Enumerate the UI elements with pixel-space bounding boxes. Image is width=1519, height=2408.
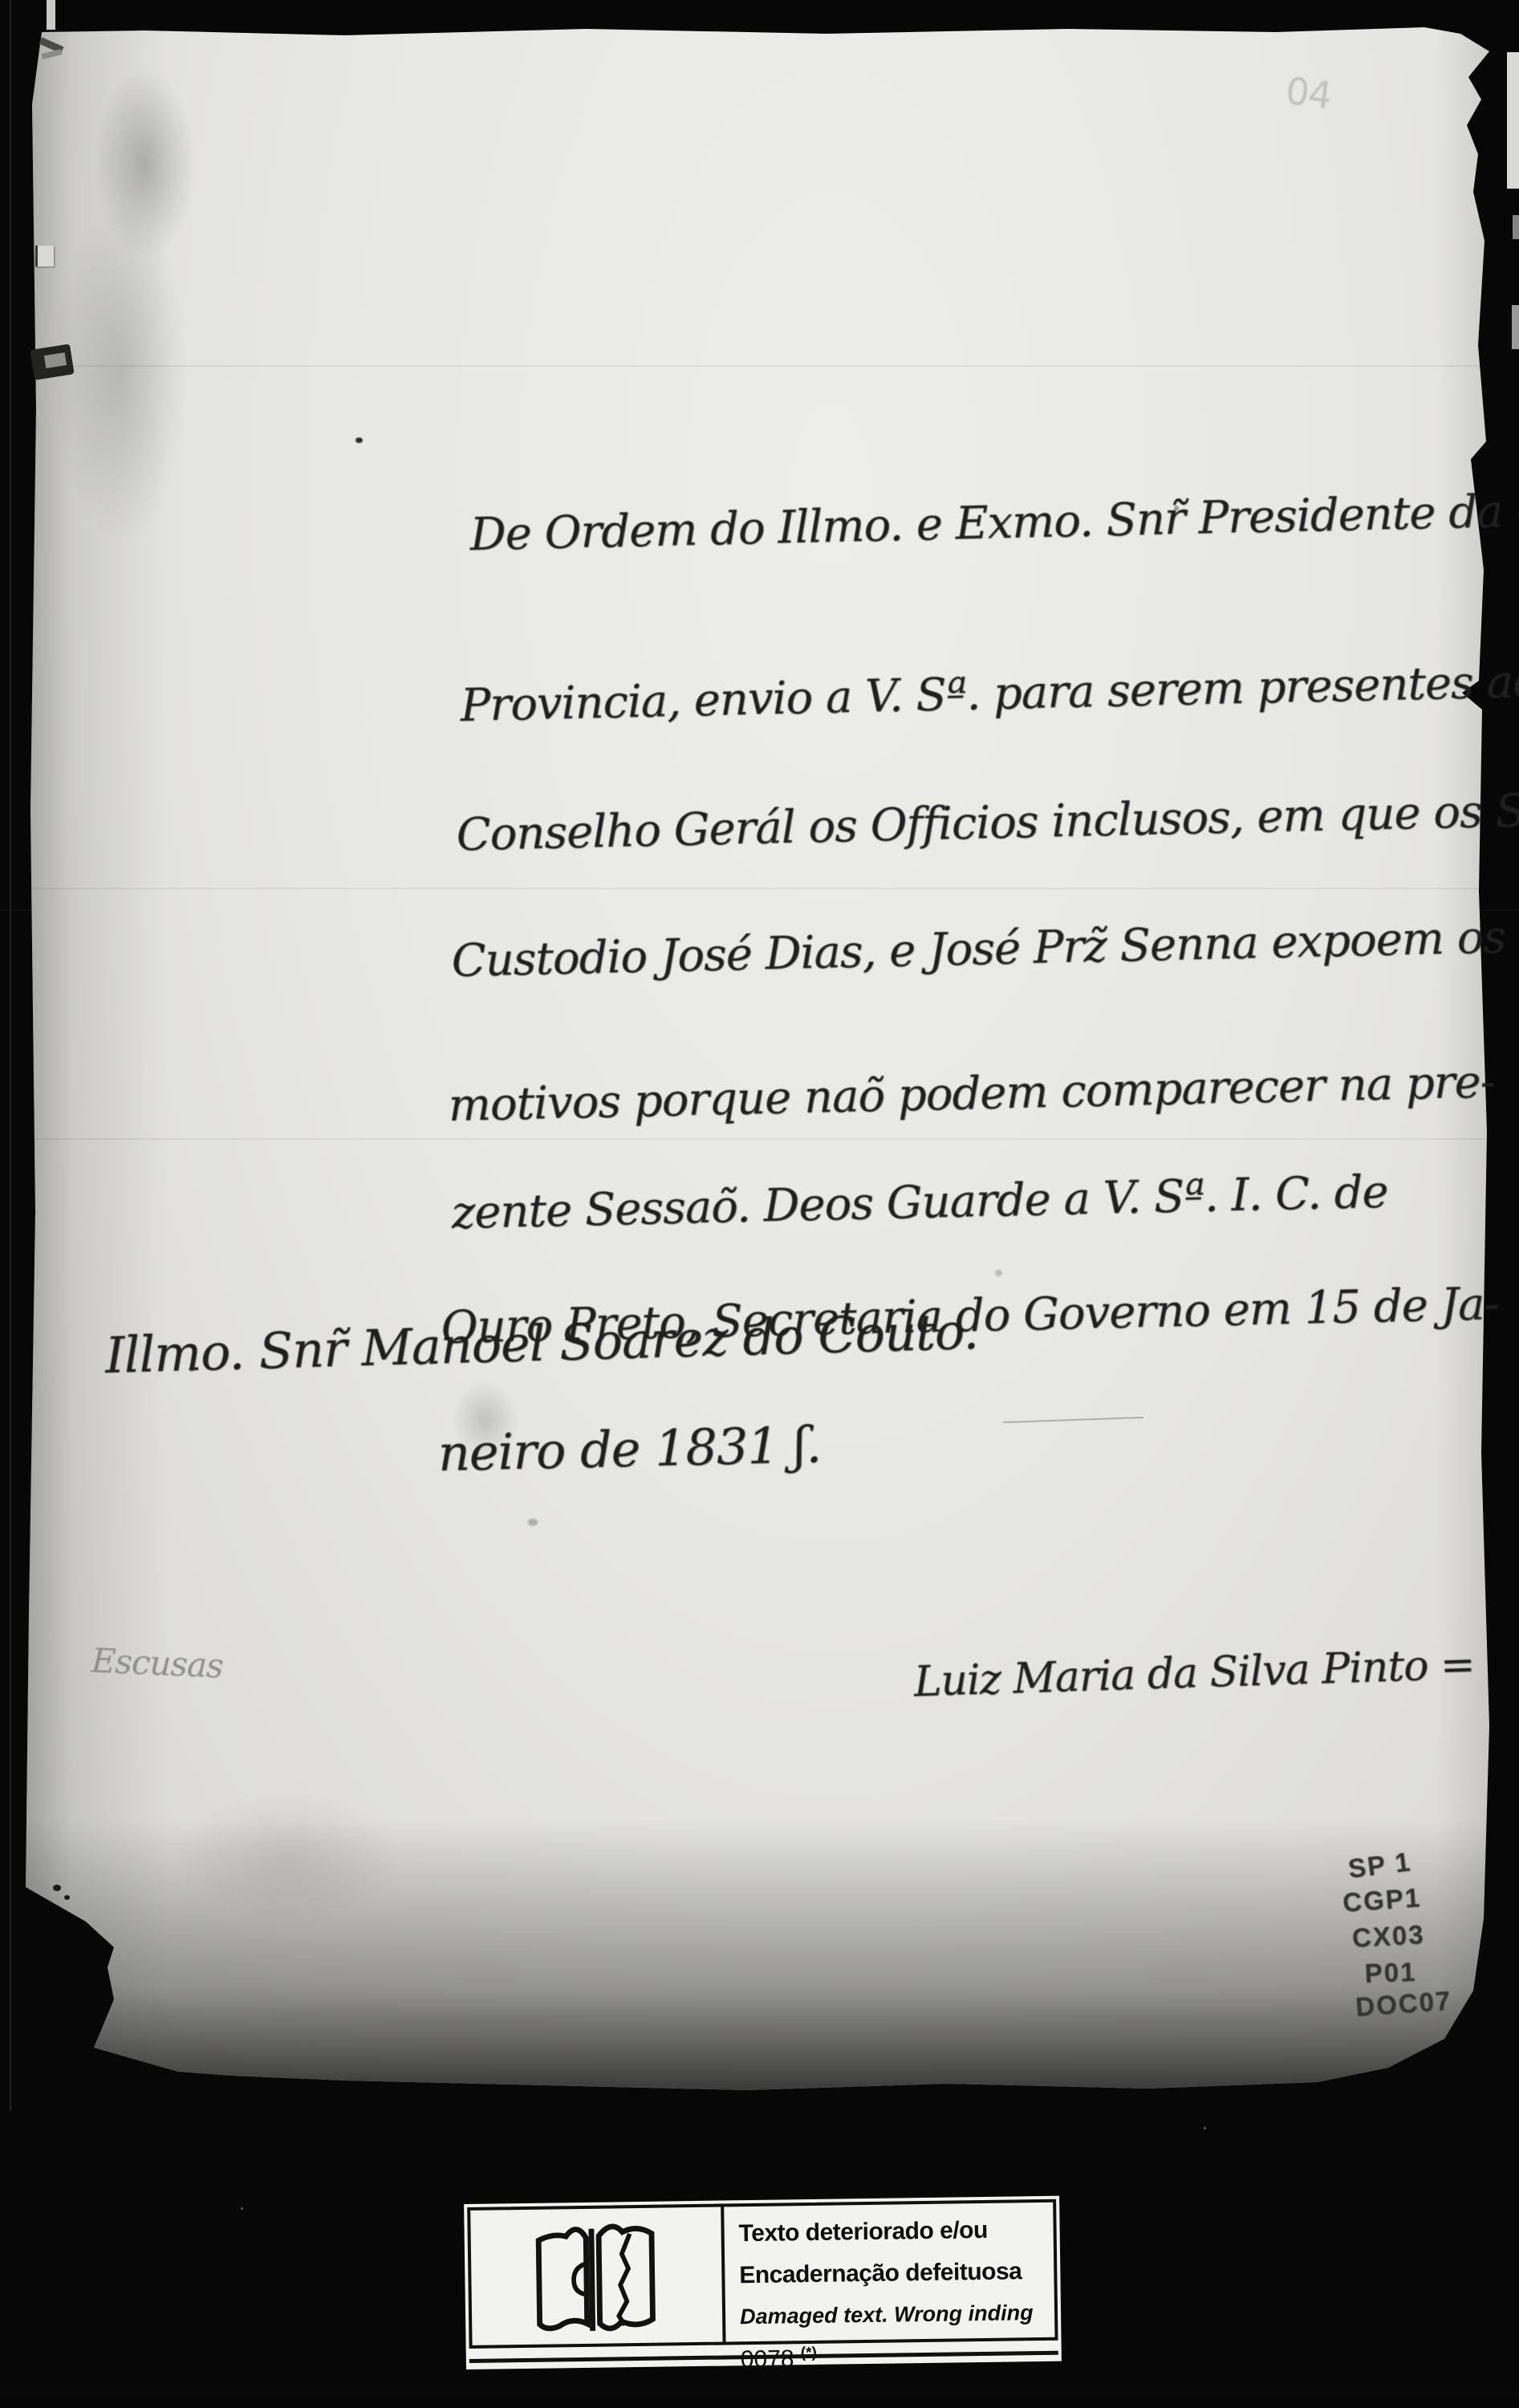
damage-stamp-border: Texto deteriorado e/ou Encadernação defe… — [467, 2199, 1058, 2349]
scan-line — [0, 2394, 1519, 2395]
adjacent-page-sliver — [1512, 305, 1519, 349]
binding-tab — [47, 0, 55, 30]
adjacent-page-sliver — [1513, 215, 1519, 239]
archive-code-line: CX03 — [1351, 1919, 1425, 1954]
stamp-text-pt-2: Encadernação defeituosa — [739, 2251, 1046, 2296]
dust-speck — [241, 2207, 243, 2210]
adjacent-page-sliver — [1507, 52, 1519, 189]
foxing-spot — [528, 1519, 538, 1526]
archive-code-line: CGP1 — [1342, 1882, 1422, 1918]
archive-code-line: P01 — [1364, 1957, 1417, 1989]
paper-crease — [24, 365, 1493, 367]
stamp-number-mark: (*) — [801, 2345, 817, 2361]
damage-stamp-text: Texto deteriorado e/ou Encadernação defe… — [721, 2203, 1054, 2342]
ink-speck — [355, 437, 363, 443]
pencil-note-escusas: Escusas — [91, 1641, 224, 1686]
stamp-text-en: Damaged text. Wrong inding — [740, 2292, 1047, 2337]
pencil-page-number: 04 — [1283, 69, 1334, 117]
scanner-edge-line — [10, 0, 11, 2111]
paper-crease — [24, 1138, 1493, 1140]
foxing-spot — [995, 1270, 1002, 1276]
stamp-number-value: 0078 — [741, 2345, 794, 2373]
ink-speck — [53, 1885, 61, 1891]
ink-speck — [64, 1895, 70, 1900]
paper-crease — [24, 888, 1493, 889]
scanned-document: 04 De Ordem do Illmo. e Exmo. Snr̃ Presi… — [0, 0, 1519, 2408]
letter-line: neiro de 1831 ʃ. — [437, 1415, 822, 1483]
damaged-book-icon — [470, 2207, 722, 2345]
dust-speck — [1204, 2127, 1206, 2129]
binding-tab — [35, 246, 54, 266]
stamp-text-pt-1: Texto deteriorado e/ou — [738, 2209, 1046, 2255]
damage-stamp-label: Texto deteriorado e/ou Encadernação defe… — [464, 2196, 1062, 2369]
